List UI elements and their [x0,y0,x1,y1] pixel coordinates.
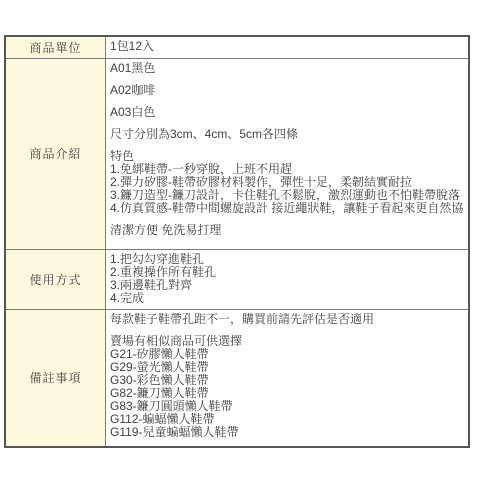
row-content: 1.把勾勾穿進鞋孔2.重複操作所有鞋孔3.兩邊鞋孔對齊4.完成 [106,249,470,309]
table-row: 商品介紹A01黑色A02咖啡A03白色尺寸分別為3cm、4cm、5cm各四條特色… [5,58,469,249]
row-label: 商品單位 [5,36,106,58]
blank-line [110,119,464,128]
row-content: 1包12入 [106,36,470,58]
blank-line [110,326,464,335]
content-line: 1.免綁鞋帶-一秒穿脫，上班不用趕 [110,163,464,176]
content-line: G30-彩色懶人鞋帶 [110,374,464,387]
content-line: G21-矽膠懶人鞋帶 [110,348,464,361]
product-spec-table: 商品單位1包12入商品介紹A01黑色A02咖啡A03白色尺寸分別為3cm、4cm… [4,35,470,448]
content-line: 清潔方便 免洗易打理 [110,224,464,237]
content-line: G82-鐮刀懶人鞋帶 [110,387,464,400]
content-line: A01黑色 [110,62,464,75]
row-content: 每款鞋子鞋帶孔距不一，購買前請先評估是否適用賣場有相似商品可供選擇G21-矽膠懶… [106,309,470,447]
content-line: A02咖啡 [110,84,464,97]
content-line: 4.仿真質感-鞋帶中間螺旋設計 接近繩狀鞋，讓鞋子看起來更自然協調 [110,202,464,215]
content-line: 1包12入 [110,40,464,53]
content-line: G29-螢光懶人鞋帶 [110,361,464,374]
content-line: 1.把勾勾穿進鞋孔 [110,253,464,266]
row-content: A01黑色A02咖啡A03白色尺寸分別為3cm、4cm、5cm各四條特色1.免綁… [106,58,470,249]
row-label: 商品介紹 [5,58,106,249]
table-row: 使用方式1.把勾勾穿進鞋孔2.重複操作所有鞋孔3.兩邊鞋孔對齊4.完成 [5,249,469,309]
content-line: G112-蝙蝠懶人鞋帶 [110,413,464,426]
content-line: 3.兩邊鞋孔對齊 [110,279,464,292]
content-line: 特色 [110,150,464,163]
row-label: 使用方式 [5,249,106,309]
content-line: 2.彈力矽膠-鞋帶矽膠材料製作，彈性十足，柔韌結實耐拉 [110,176,464,189]
blank-line [110,75,464,84]
content-line: 賣場有相似商品可供選擇 [110,335,464,348]
content-line: 每款鞋子鞋帶孔距不一，購買前請先評估是否適用 [110,313,464,326]
blank-line [110,97,464,106]
content-line: A03白色 [110,106,464,119]
content-line: 4.完成 [110,292,464,305]
row-label: 備註事項 [5,309,106,447]
table-row: 商品單位1包12入 [5,36,469,58]
content-line: G119-兒童蝙蝠懶人鞋帶 [110,426,464,439]
content-line: 3.鐮刀造型-鐮刀設計，卡住鞋孔不鬆脫，激烈運動也不怕鞋帶脫落 [110,189,464,202]
blank-line [110,215,464,224]
blank-line [110,141,464,150]
content-line: 2.重複操作所有鞋孔 [110,266,464,279]
table-row: 備註事項每款鞋子鞋帶孔距不一，購買前請先評估是否適用賣場有相似商品可供選擇G21… [5,309,469,447]
content-line: 尺寸分別為3cm、4cm、5cm各四條 [110,128,464,141]
product-spec-table-body: 商品單位1包12入商品介紹A01黑色A02咖啡A03白色尺寸分別為3cm、4cm… [5,36,469,447]
content-line: G83-鐮刀圓頭懶人鞋帶 [110,400,464,413]
